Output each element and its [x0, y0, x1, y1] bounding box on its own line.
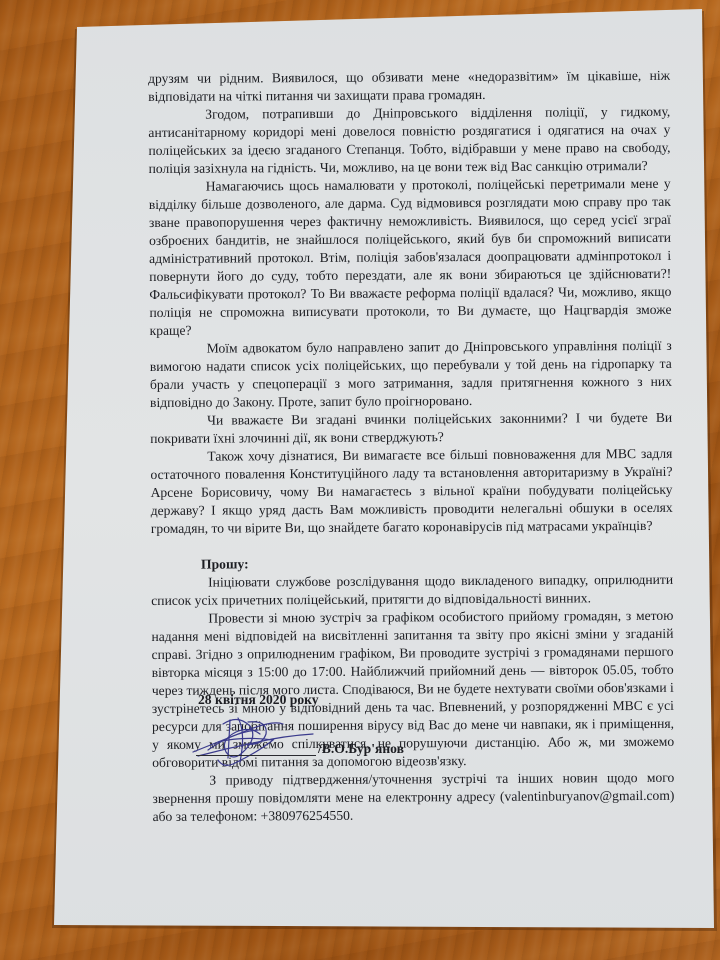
paragraph: Намагаючись щось намалювати у протоколі,… — [149, 175, 672, 340]
paragraph: друзям чи рідним. Виявилося, що обзивати… — [148, 67, 670, 106]
letter-date: 28 квітня 2020 року — [198, 692, 319, 708]
request-item: Ініціювати службове розслідування щодо в… — [151, 571, 673, 610]
paragraph: Чи вважаєте Ви згадані вчинки поліцейськ… — [150, 409, 672, 448]
handwritten-signature — [188, 712, 318, 772]
paragraph: Також хочу дізнатися, Ви вимагаєте все б… — [150, 445, 673, 538]
request-item: З приводу підтвердження/уточнення зустрі… — [152, 769, 674, 826]
paragraph: Згодом, потрапивши до Дніпровського відд… — [148, 103, 670, 178]
signatory-name: /В.О.Бур'янов — [318, 741, 404, 757]
paragraph: Моїм адвокатом було направлено запит до … — [150, 337, 672, 412]
signature-line — [196, 755, 316, 756]
